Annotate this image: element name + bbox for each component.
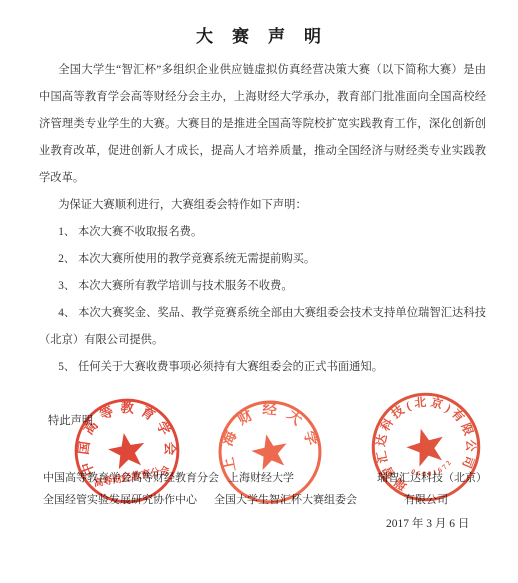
stamp-seal-shanghai-university-finance: 上海财经大学 bbox=[216, 398, 324, 506]
page-title: 大 赛 声 明 bbox=[0, 22, 518, 47]
stamp-seal-ruizhi-huida-company: 瑞智汇达科技(北京)有限公司 06001672 bbox=[369, 390, 483, 504]
document-date: 2017 年 3 月 6 日 bbox=[386, 515, 469, 531]
star-icon bbox=[403, 424, 449, 469]
stamp-serial-number: 06001672 bbox=[408, 456, 457, 483]
star-icon bbox=[106, 430, 148, 471]
list-item-4: 4、 本次大赛奖金、奖品、教学竞赛系统全部由大赛组委会技术支持单位瑞智汇达科技（… bbox=[39, 300, 486, 354]
stamp-sub-text: 高等财经教育分会 bbox=[93, 464, 171, 489]
document-body: 全国大学生“智汇杯”多组织企业供应链虚拟仿真经营决策大赛（以下简称大赛）是由中国… bbox=[39, 57, 486, 435]
star-icon bbox=[249, 431, 291, 472]
list-item-1: 1、 本次大赛不收取报名费。 bbox=[39, 219, 486, 246]
stamp-seal-china-higher-education-society: 中国高等教育学会 高等财经教育分会 bbox=[72, 396, 182, 506]
declaration-document: 大 赛 声 明 全国大学生“智汇杯”多组织企业供应链虚拟仿真经营决策大赛（以下简… bbox=[0, 0, 518, 583]
list-item-3: 3、 本次大赛所有教学培训与技术服务不收费。 bbox=[39, 273, 486, 300]
paragraph-lead-in: 为保证大赛顺利进行，大赛组委会特作如下声明： bbox=[39, 192, 486, 219]
svg-text:06001672: 06001672 bbox=[408, 456, 457, 483]
list-item-2: 2、 本次大赛所使用的教学竞赛系统无需提前购买。 bbox=[39, 246, 486, 273]
list-item-5: 5、 任何关于大赛收费事项必须持有大赛组委会的正式书面通知。 bbox=[39, 354, 486, 381]
paragraph-intro: 全国大学生“智汇杯”多组织企业供应链虚拟仿真经营决策大赛（以下简称大赛）是由中国… bbox=[39, 57, 486, 192]
